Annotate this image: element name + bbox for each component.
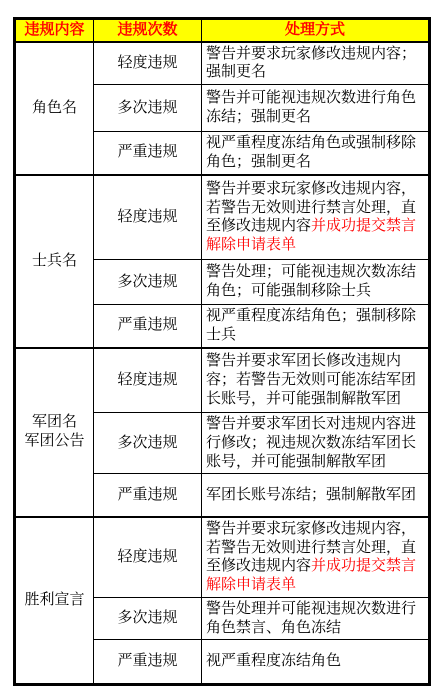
action-text: 警告并要求军团长对违规内容进行修改；视违规次数冻结军团长账号，并可能强制解散军团: [206, 415, 416, 470]
action-cell: 军团长账号冻结；强制解散军团: [202, 474, 430, 517]
severity-cell: 多次违规: [94, 597, 202, 640]
action-text: 视严重程度冻结角色；强制移除士兵: [206, 307, 416, 343]
action-text: 警告处理；可能视违规次数冻结角色；可能强制移除士兵: [206, 263, 416, 299]
action-cell: 视严重程度冻结角色: [202, 640, 430, 685]
action-cell: 警告并要求玩家修改违规内容，若警告无效则进行禁言处理，直至修改违规内容并成功提交…: [202, 517, 430, 598]
action-text: 视严重程度冻结角色或强制移除角色；强制更名: [206, 134, 416, 170]
severity-cell: 轻度违规: [94, 42, 202, 85]
action-cell: 警告并可能视违规次数进行角色冻结；强制更名: [202, 85, 430, 132]
table-header-row: 违规内容 违规次数 处理方式: [15, 19, 430, 42]
category-cell-character-name: 角色名: [15, 42, 94, 175]
action-text: 警告处理并可能视违规次数进行角色禁言、角色冻结: [206, 600, 416, 636]
severity-cell: 严重违规: [94, 640, 202, 685]
violation-policy-table: 违规内容 违规次数 处理方式 角色名 轻度违规 警告并要求玩家修改违规内容；强制…: [13, 17, 431, 686]
action-cell: 警告处理；可能视违规次数冻结角色；可能强制移除士兵: [202, 260, 430, 305]
table-row: 角色名 轻度违规 警告并要求玩家修改违规内容；强制更名: [15, 42, 430, 85]
category-cell-victory-declaration: 胜利宣言: [15, 517, 94, 685]
category-cell-legion-name-announcement: 军团名 军团公告: [15, 348, 94, 517]
action-cell: 警告并要求军团长对违规内容进行修改；视违规次数冻结军团长账号，并可能强制解散军团: [202, 413, 430, 474]
header-violation-count: 违规次数: [94, 19, 202, 42]
severity-cell: 轻度违规: [94, 517, 202, 598]
action-cell: 警告并要求玩家修改违规内容；强制更名: [202, 42, 430, 85]
severity-cell: 多次违规: [94, 85, 202, 132]
header-violation-content: 违规内容: [15, 19, 94, 42]
violation-policy-table-container: 违规内容 违规次数 处理方式 角色名 轻度违规 警告并要求玩家修改违规内容；强制…: [13, 17, 431, 686]
category-cell-soldier-name: 士兵名: [15, 175, 94, 348]
action-cell: 视严重程度冻结角色或强制移除角色；强制更名: [202, 132, 430, 175]
action-cell: 警告并要求军团长修改违规内容；若警告无效则可能冻结军团长账号，并可能强制解散军团: [202, 348, 430, 413]
severity-cell: 多次违规: [94, 260, 202, 305]
action-text: 警告并要求玩家修改违规内容；强制更名: [206, 45, 416, 81]
action-text: 警告并可能视违规次数进行角色冻结；强制更名: [206, 89, 416, 125]
severity-cell: 严重违规: [94, 474, 202, 517]
severity-cell: 严重违规: [94, 132, 202, 175]
action-cell: 视严重程度冻结角色；强制移除士兵: [202, 305, 430, 348]
action-cell: 警告处理并可能视违规次数进行角色禁言、角色冻结: [202, 597, 430, 640]
header-handling-method: 处理方式: [202, 19, 430, 42]
action-cell: 警告并要求玩家修改违规内容，若警告无效则进行禁言处理，直至修改违规内容并成功提交…: [202, 175, 430, 260]
action-text: 警告并要求军团长修改违规内容；若警告无效则可能冻结军团长账号，并可能强制解散军团: [206, 352, 416, 407]
severity-cell: 轻度违规: [94, 348, 202, 413]
severity-cell: 多次违规: [94, 413, 202, 474]
table-row: 胜利宣言 轻度违规 警告并要求玩家修改违规内容，若警告无效则进行禁言处理，直至修…: [15, 517, 430, 598]
table-row: 军团名 军团公告 轻度违规 警告并要求军团长修改违规内容；若警告无效则可能冻结军…: [15, 348, 430, 413]
table-row: 士兵名 轻度违规 警告并要求玩家修改违规内容，若警告无效则进行禁言处理，直至修改…: [15, 175, 430, 260]
action-text: 视严重程度冻结角色: [206, 652, 341, 669]
severity-cell: 轻度违规: [94, 175, 202, 260]
action-text: 军团长账号冻结；强制解散军团: [206, 486, 416, 503]
severity-cell: 严重违规: [94, 305, 202, 348]
